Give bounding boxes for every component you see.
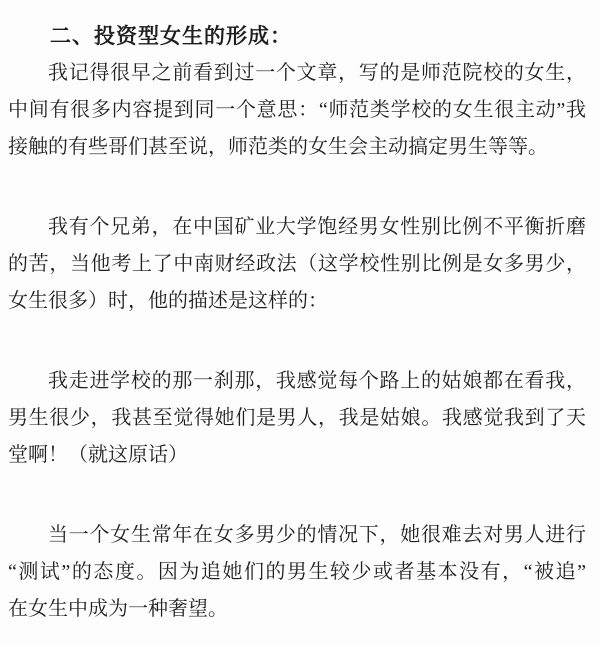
text-line: 男生很少，我甚至觉得她们是男人，我是姑娘。我感觉我到了天 bbox=[8, 400, 586, 437]
text-line: 我走进学校的那一刹那，我感觉每个路上的姑娘都在看我， bbox=[8, 363, 586, 400]
text-line: 中间有很多内容提到同一个意思：“师范类学校的女生很主动”我 bbox=[8, 92, 586, 129]
paragraph-brother-story: 我有个兄弟，在中国矿业大学饱经男女性别比例不平衡折磨 的苦，当他考上了中南财经政… bbox=[8, 209, 586, 320]
scanned-book-page: 二、投资型女生的形成： 我记得很早之前看到过一个文章，写的是师范院校的女生， 中… bbox=[0, 0, 600, 646]
text-line: 我记得很早之前看到过一个文章，写的是师范院校的女生， bbox=[8, 55, 586, 92]
text-line: 在女生中成为一种奢望。 bbox=[8, 591, 586, 628]
paragraph-conclusion: 当一个女生常年在女多男少的情况下，她很难去对男人进行 “测试”的态度。因为追她们… bbox=[8, 517, 586, 628]
text-line: 堂啊！（就这原话） bbox=[8, 437, 586, 474]
paragraph-intro: 我记得很早之前看到过一个文章，写的是师范院校的女生， 中间有很多内容提到同一个意… bbox=[8, 55, 586, 166]
paragraph-quote: 我走进学校的那一刹那，我感觉每个路上的姑娘都在看我， 男生很少，我甚至觉得她们是… bbox=[8, 363, 586, 474]
text-line: “测试”的态度。因为追她们的男生较少或者基本没有，“被追” bbox=[8, 554, 586, 591]
text-line: 女生很多）时，他的描述是这样的： bbox=[8, 283, 586, 320]
text-line: 接触的有些哥们甚至说，师范类的女生会主动搞定男生等等。 bbox=[8, 129, 586, 166]
text-line: 我有个兄弟，在中国矿业大学饱经男女性别比例不平衡折磨 bbox=[8, 209, 586, 246]
text-line: 当一个女生常年在女多男少的情况下，她很难去对男人进行 bbox=[8, 517, 586, 554]
text-line: 的苦，当他考上了中南财经政法（这学校性别比例是女多男少， bbox=[8, 246, 586, 283]
section-heading: 二、投资型女生的形成： bbox=[8, 18, 586, 55]
